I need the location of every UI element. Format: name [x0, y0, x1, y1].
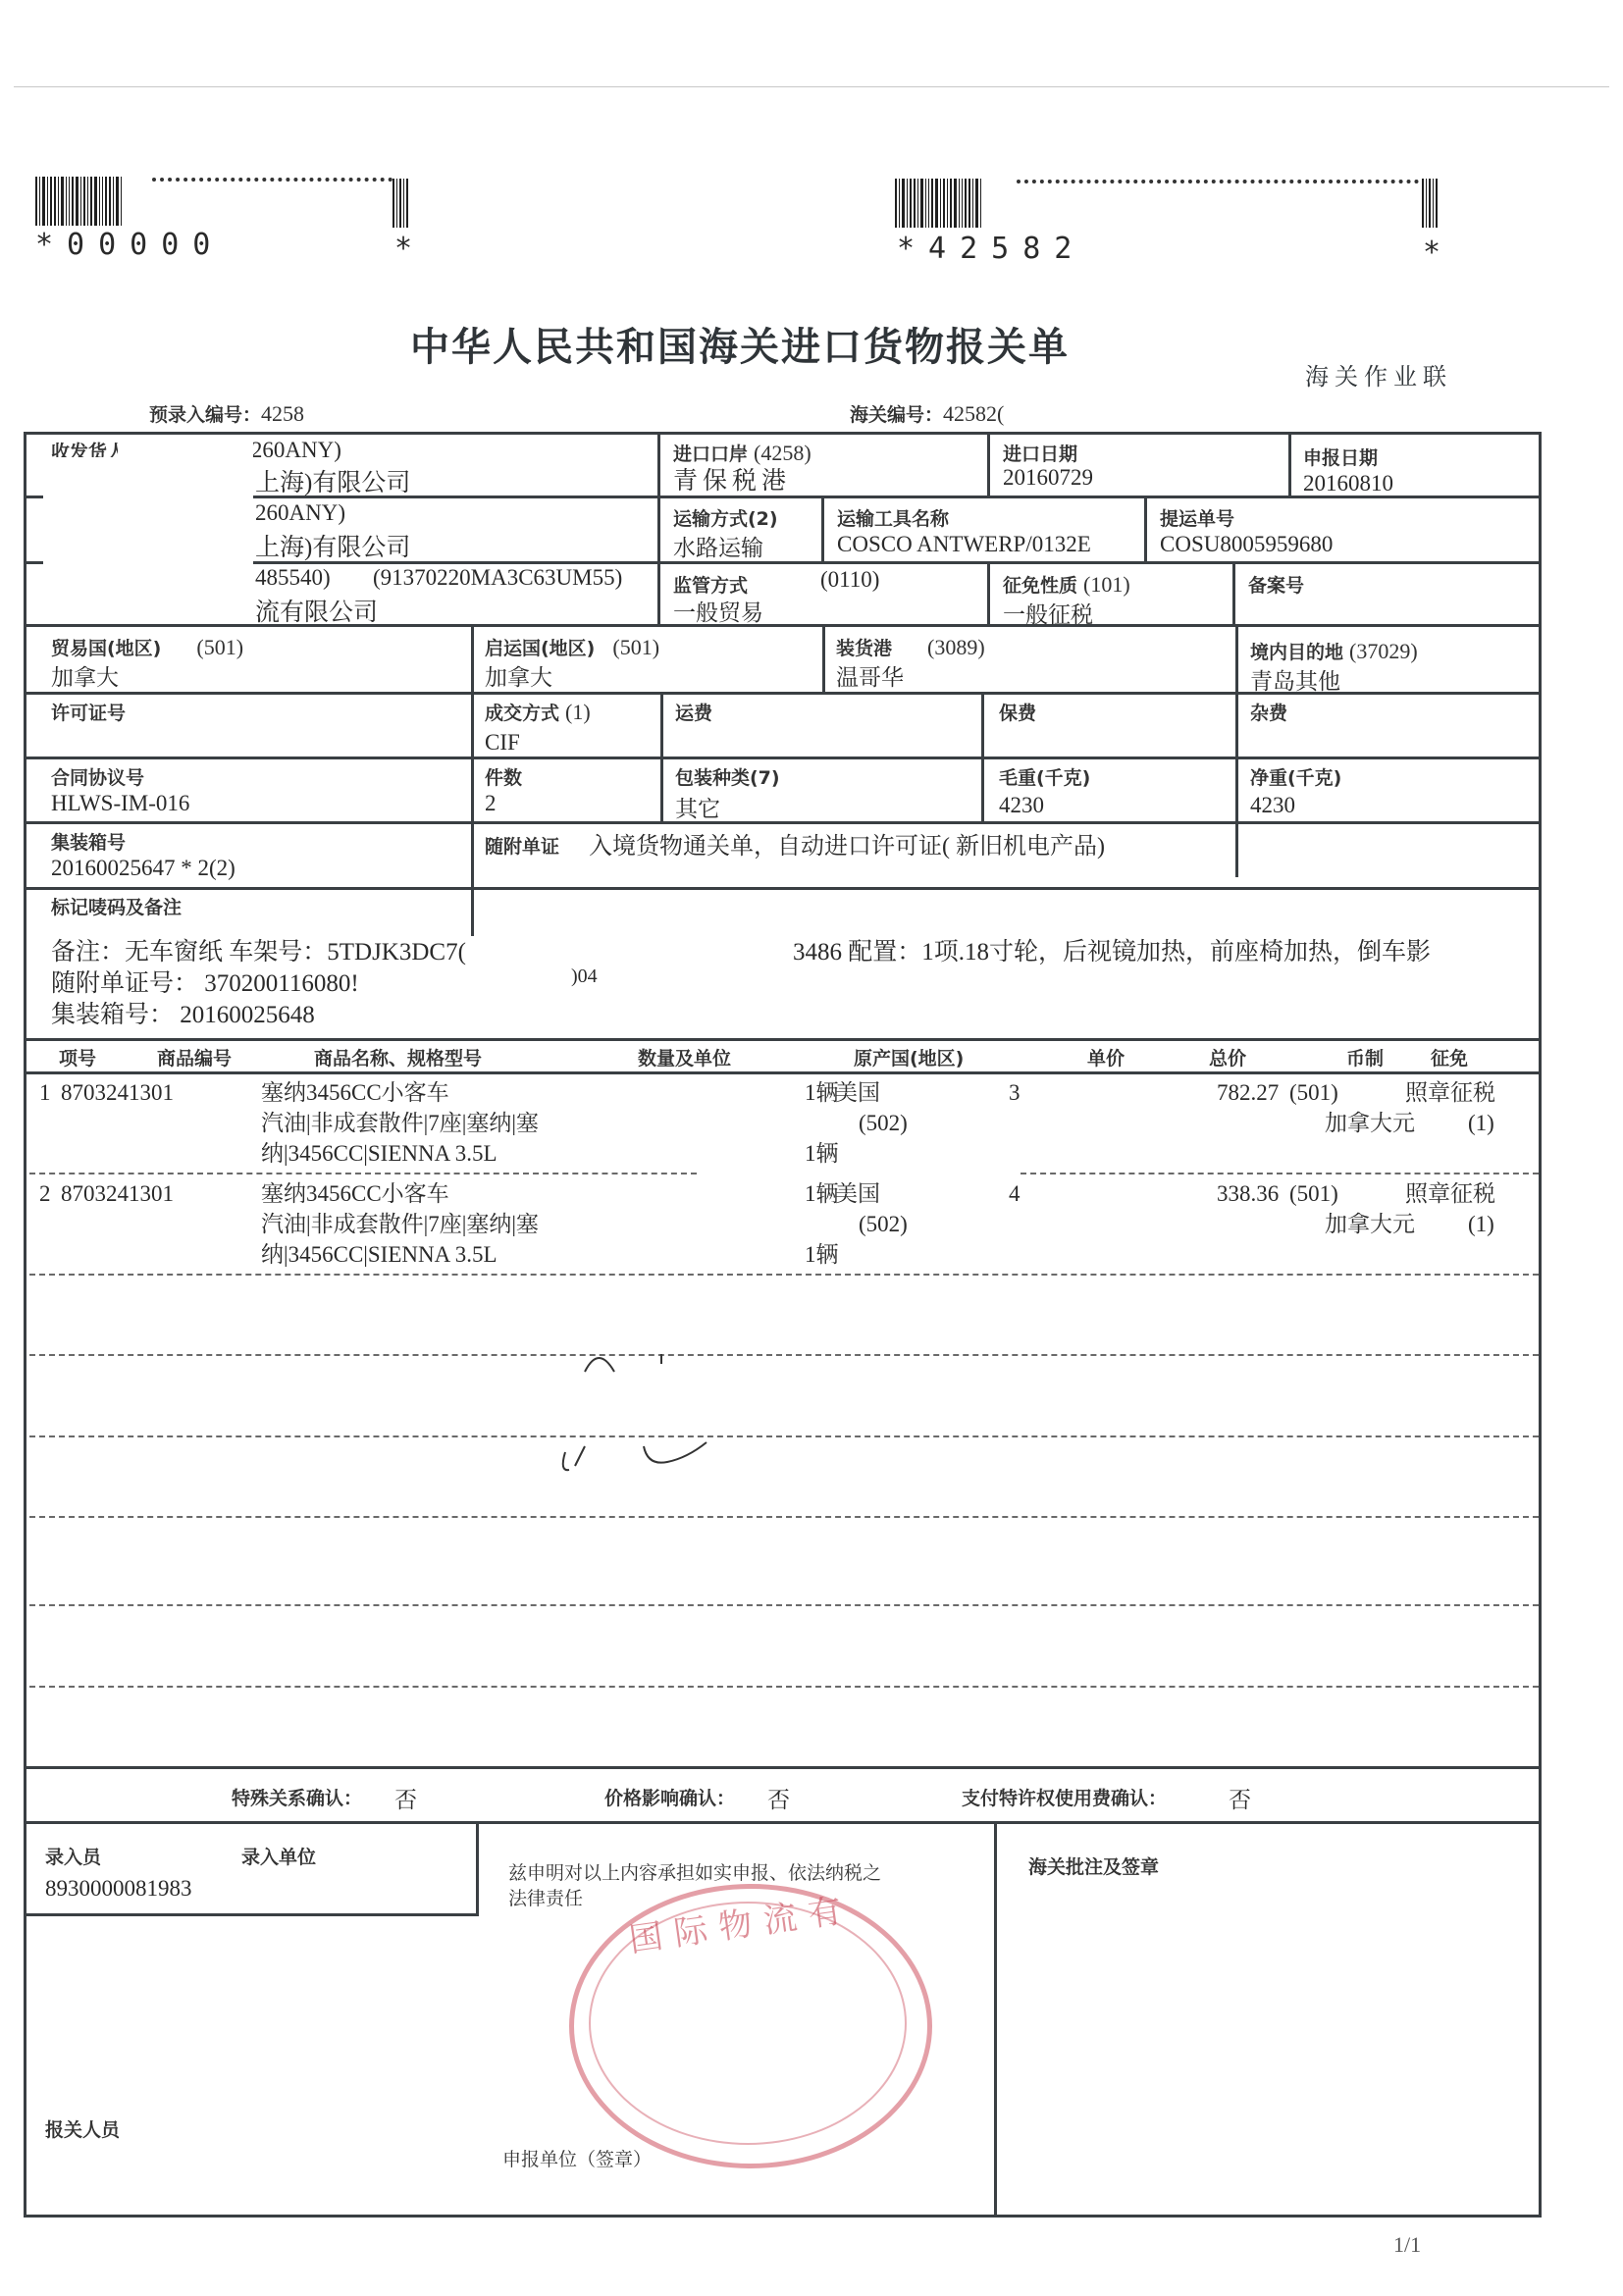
documents-label: 随附单证	[485, 832, 559, 859]
column-header: 数量及单位	[638, 1044, 731, 1070]
price-influence-value: 否	[767, 1782, 790, 1814]
total-price: 782.27	[1217, 1077, 1279, 1108]
tax-nature-value: 一般征税	[1003, 597, 1093, 629]
net-weight-value: 4230	[1250, 793, 1295, 818]
barcode-right-dots	[1017, 180, 1419, 187]
supervision-value: 一般贸易	[673, 595, 763, 627]
freight-label: 运费	[675, 699, 712, 725]
transport-mode-label: 运输方式(2)	[673, 504, 778, 531]
barcode-right-bars	[895, 179, 1013, 228]
tax-mode-code: (1)	[1468, 1209, 1494, 1239]
import-date-label: 进口日期	[1003, 440, 1077, 466]
product-name-line-3: 纳|3456CC|SIENNA 3.5L	[261, 1239, 497, 1270]
currency-code: (501)	[1289, 1178, 1338, 1209]
trade-country-label: 贸易国(地区)(501)	[51, 634, 243, 660]
origin-country-label: 启运国(地区)(501)	[485, 634, 659, 660]
column-header: 项号	[59, 1044, 96, 1070]
item-number: 2	[39, 1178, 51, 1209]
entry-unit-label: 录入单位	[241, 1843, 316, 1869]
insurance-label: 保费	[999, 699, 1036, 725]
barcode-right-end-bars	[1422, 179, 1440, 228]
license-no-label: 许可证号	[51, 699, 126, 725]
royalty-value: 否	[1229, 1782, 1251, 1814]
remarks-line-1-config: 3486 配置：1项.18寸轮，后视镜加热，前座椅加热，倒车影	[793, 932, 1431, 967]
declarant-unit-signature-label: 申报单位（签章）	[502, 2145, 652, 2171]
item-number: 1	[39, 1077, 51, 1108]
tax-nature-label: 征免性质(101)	[1003, 571, 1130, 598]
remarks-line-2-tail: )04	[571, 965, 598, 988]
gross-weight-value: 4230	[999, 793, 1044, 818]
bill-of-lading-label: 提运单号	[1160, 504, 1234, 531]
declarant-name: 流有限公司	[255, 593, 378, 628]
royalty-label: 支付特许权使用费确认：	[962, 1784, 1167, 1810]
declaration-statement-line-2: 法律责任	[508, 1884, 583, 1910]
remarks-line-3: 集装箱号： 20160025648	[51, 995, 315, 1030]
container-label: 集装箱号	[51, 828, 126, 855]
net-weight-label: 净重(千克)	[1250, 763, 1341, 790]
packages-label: 件数	[485, 763, 522, 790]
product-name-line-2: 汽油|非成套散件|7座|塞纳|塞	[261, 1209, 539, 1239]
quantity-secondary: 1辆	[805, 1138, 839, 1169]
declare-date-value: 20160810	[1303, 471, 1393, 496]
page-number: 1/1	[1393, 2232, 1421, 2258]
barcode-left-dots	[152, 178, 393, 185]
pre-entry-label: 预录入编号：	[149, 404, 261, 426]
price-influence-label: 价格影响确认：	[604, 1784, 735, 1810]
product-name-line-1: 塞纳3456CC小客车	[261, 1178, 449, 1209]
supervision-label: 监管方式	[673, 571, 748, 598]
origin-code: (502)	[859, 1108, 908, 1138]
remarks-line-2: 随附单证号： 370200116080!	[51, 964, 359, 999]
packages-value: 2	[485, 791, 497, 816]
column-header: 币制	[1346, 1044, 1384, 1070]
contract-label: 合同协议号	[51, 763, 144, 790]
tax-mode: 照章征税	[1405, 1178, 1495, 1209]
column-header: 原产国(地区)	[854, 1044, 964, 1070]
origin-country: 美国	[835, 1178, 880, 1209]
record-no-label: 备案号	[1248, 571, 1304, 598]
loading-port-label: 装货港(3089)	[836, 634, 985, 660]
loading-port-value: 温哥华	[836, 659, 904, 692]
bill-of-lading-value: COSU8005959680	[1160, 532, 1333, 557]
documents-value: 入境货物通关单，自动进口许可证( 新旧机电产品)	[589, 826, 1105, 861]
barcode-left-number: *00000	[35, 228, 224, 262]
declaration-statement-line-1: 兹申明对以上内容承担如实申报、依法纳税之	[508, 1858, 881, 1885]
customs-number-value: 42582(	[943, 401, 1004, 426]
vessel-value: COSCO ANTWERP/0132E	[837, 532, 1091, 557]
scan-edge-line	[14, 86, 1609, 87]
column-header: 商品名称、规格型号	[314, 1044, 482, 1070]
contract-value: HLWS-IM-016	[51, 791, 189, 816]
barcode-left-end-bars	[393, 179, 410, 228]
entry-clerk-label: 录入员	[45, 1843, 101, 1869]
barcode-right-end-star: *	[1423, 235, 1454, 270]
redaction	[118, 438, 253, 459]
consignee-name: 上海)有限公司	[255, 463, 410, 498]
pre-entry-number: 预录入编号：4258	[149, 400, 304, 427]
gross-weight-label: 毛重(千克)	[999, 763, 1090, 790]
destination-value: 青岛其他	[1250, 663, 1340, 696]
transaction-label: 成交方式(1)	[485, 699, 591, 725]
hs-code: 8703241301	[61, 1178, 174, 1209]
redaction	[43, 457, 253, 624]
quantity-primary: 1辆	[805, 1077, 839, 1108]
declare-date-label: 申报日期	[1303, 444, 1378, 470]
import-port-value: 青保税港	[673, 461, 791, 496]
product-name-line-2: 汽油|非成套散件|7座|塞纳|塞	[261, 1108, 539, 1138]
barcode-left-end-star: *	[394, 232, 426, 266]
special-relation-label: 特殊关系确认：	[232, 1784, 362, 1810]
currency-code: (501)	[1289, 1077, 1338, 1108]
import-date-value: 20160729	[1003, 465, 1093, 491]
special-relation-value: 否	[394, 1782, 417, 1814]
column-header: 商品编号	[157, 1044, 232, 1070]
product-name-line-1: 塞纳3456CC小客车	[261, 1077, 449, 1108]
unit-price: 4	[1009, 1178, 1021, 1209]
hs-code: 8703241301	[61, 1077, 174, 1108]
trade-country-value: 加拿大	[51, 659, 119, 692]
package-type-label: 包装种类(7)	[675, 763, 780, 790]
container-value: 20160025647 * 2(2)	[51, 856, 236, 881]
origin-country-value: 加拿大	[485, 659, 552, 692]
tax-mode-code: (1)	[1468, 1108, 1494, 1138]
broker-label: 报关人员	[45, 2115, 120, 2142]
transaction-value: CIF	[485, 730, 520, 756]
consumer-code: 260ANY)	[255, 500, 345, 526]
customs-approval-label: 海关批注及签章	[1028, 1852, 1159, 1879]
package-type-value: 其它	[675, 791, 720, 823]
barcode-right-number: *42582	[897, 232, 1085, 266]
pre-entry-value: 4258	[261, 401, 304, 426]
currency-name: 加拿大元	[1325, 1108, 1415, 1138]
origin-country: 美国	[835, 1077, 880, 1108]
currency-name: 加拿大元	[1325, 1209, 1415, 1239]
remarks-line-1: 备注：无车窗纸 车架号：5TDJK3DC7(	[51, 932, 466, 967]
transport-mode-value: 水路运输	[673, 530, 763, 562]
supervision-code: (0110)	[820, 567, 879, 593]
barcode-left-bars	[35, 177, 153, 226]
destination-label: 境内目的地(37029)	[1250, 638, 1418, 664]
declarant-credit-code: (91370220MA3C63UM55)	[373, 565, 622, 591]
column-header: 单价	[1087, 1044, 1125, 1070]
misc-fee-label: 杂费	[1250, 699, 1287, 725]
copy-label: 海关作业联	[1305, 357, 1452, 391]
declarant-code: 485540)	[255, 565, 331, 591]
entry-clerk-value: 8930000081983	[45, 1876, 192, 1902]
tax-mode: 照章征税	[1405, 1077, 1495, 1108]
column-header: 总价	[1209, 1044, 1246, 1070]
document-title: 中华人民共和国海关进口货物报关单	[410, 316, 1070, 372]
quantity-primary: 1辆	[805, 1178, 839, 1209]
total-price: 338.36	[1217, 1178, 1279, 1209]
remarks-label: 标记唛码及备注	[51, 893, 182, 919]
vessel-label: 运输工具名称	[837, 504, 949, 531]
quantity-secondary: 1辆	[805, 1239, 839, 1270]
customs-number: 海关编号：42582(	[850, 400, 1004, 427]
origin-code: (502)	[859, 1209, 908, 1239]
unit-price: 3	[1009, 1077, 1021, 1108]
customs-number-label: 海关编号：	[850, 404, 943, 426]
column-header: 征免	[1431, 1044, 1468, 1070]
product-name-line-3: 纳|3456CC|SIENNA 3.5L	[261, 1138, 497, 1169]
consumer-name: 上海)有限公司	[255, 528, 410, 563]
handwriting-mark	[559, 1344, 795, 1482]
